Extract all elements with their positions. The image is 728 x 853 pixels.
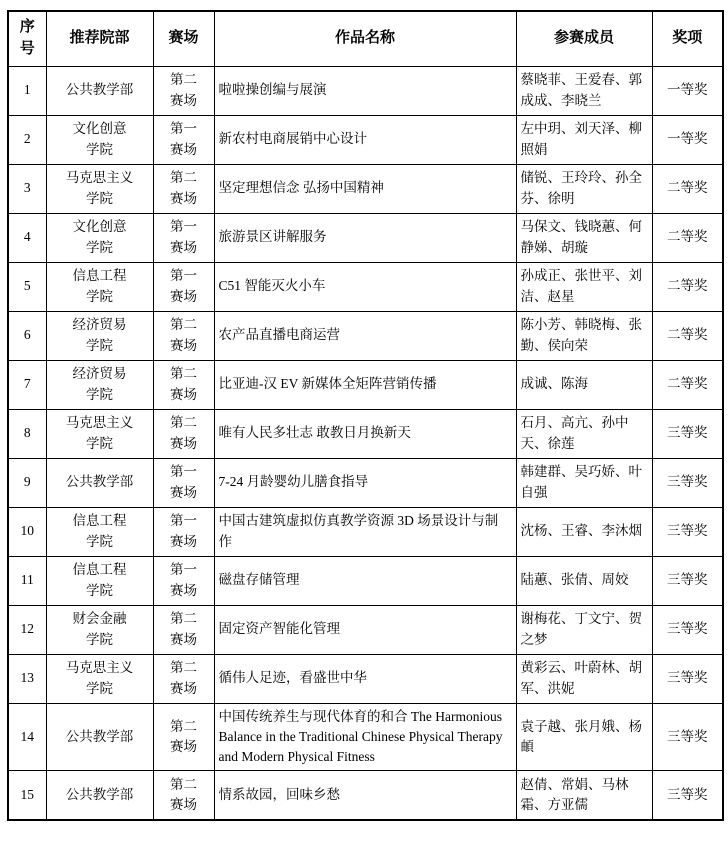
cell-dept: 公共教学部 (46, 66, 153, 115)
cell-no: 3 (8, 164, 46, 213)
table-row: 13 马克思主义 学院 第二 赛场 循伟人足迹，看盛世中华 黄彩云、叶蔚林、胡军… (8, 654, 723, 703)
cell-members: 陆蕙、张倩、周姣 (516, 556, 652, 605)
cell-work: 比亚迪-汉 EV 新媒体全矩阵营销传播 (214, 360, 516, 409)
cell-dept: 公共教学部 (46, 771, 153, 820)
cell-members: 左中玥、刘天泽、柳照娟 (516, 115, 652, 164)
cell-award: 三等奖 (652, 507, 723, 556)
page: 序 号 推荐院部 赛场 作品名称 参赛成员 奖项 1 公共教学部 第二 赛场 啦… (0, 0, 728, 853)
cell-members: 陈小芳、韩晓梅、张勤、侯向荣 (516, 311, 652, 360)
cell-venue: 第二 赛场 (153, 771, 214, 820)
cell-members: 成诚、陈海 (516, 360, 652, 409)
cell-award: 三等奖 (652, 605, 723, 654)
cell-work: 情系故园，回味乡愁 (214, 771, 516, 820)
cell-dept: 信息工程 学院 (46, 556, 153, 605)
cell-venue: 第二 赛场 (153, 409, 214, 458)
cell-no: 4 (8, 213, 46, 262)
header-row: 序 号 推荐院部 赛场 作品名称 参赛成员 奖项 (8, 11, 723, 66)
header-work: 作品名称 (214, 11, 516, 66)
cell-no: 12 (8, 605, 46, 654)
cell-venue: 第一 赛场 (153, 213, 214, 262)
cell-work: 坚定理想信念 弘扬中国精神 (214, 164, 516, 213)
cell-no: 14 (8, 703, 46, 771)
cell-members: 储锐、王玲玲、孙全芬、徐明 (516, 164, 652, 213)
cell-award: 三等奖 (652, 703, 723, 771)
table-row: 8 马克思主义 学院 第二 赛场 唯有人民多壮志 敢教日月换新天 石月、高亢、孙… (8, 409, 723, 458)
cell-members: 孙成正、张世平、刘洁、赵星 (516, 262, 652, 311)
cell-members: 赵倩、常娟、马林霜、方亚儒 (516, 771, 652, 820)
cell-work: 7-24 月龄婴幼儿膳食指导 (214, 458, 516, 507)
cell-venue: 第一 赛场 (153, 458, 214, 507)
cell-work: 固定资产智能化管理 (214, 605, 516, 654)
cell-work: 中国传统养生与现代体育的和合 The Harmonious Balance in… (214, 703, 516, 771)
cell-members: 蔡晓菲、王爱春、郭成成、李晓兰 (516, 66, 652, 115)
cell-no: 1 (8, 66, 46, 115)
cell-award: 二等奖 (652, 164, 723, 213)
cell-dept: 马克思主义 学院 (46, 409, 153, 458)
header-venue: 赛场 (153, 11, 214, 66)
cell-venue: 第二 赛场 (153, 311, 214, 360)
table-row: 4 文化创意 学院 第一 赛场 旅游景区讲解服务 马保文、钱晓蕙、何静娣、胡璇 … (8, 213, 723, 262)
cell-no: 9 (8, 458, 46, 507)
cell-work: 唯有人民多壮志 敢教日月换新天 (214, 409, 516, 458)
cell-no: 13 (8, 654, 46, 703)
cell-venue: 第二 赛场 (153, 164, 214, 213)
table-row: 9 公共教学部 第一 赛场 7-24 月龄婴幼儿膳食指导 韩建群、吴巧娇、叶自强… (8, 458, 723, 507)
cell-venue: 第一 赛场 (153, 262, 214, 311)
cell-award: 二等奖 (652, 262, 723, 311)
cell-work: 啦啦操创编与展演 (214, 66, 516, 115)
table-row: 5 信息工程 学院 第一 赛场 C51 智能灭火小车 孙成正、张世平、刘洁、赵星… (8, 262, 723, 311)
header-members: 参赛成员 (516, 11, 652, 66)
cell-dept: 信息工程 学院 (46, 507, 153, 556)
cell-work: 新农村电商展销中心设计 (214, 115, 516, 164)
cell-members: 谢梅花、丁文宁、贺之梦 (516, 605, 652, 654)
cell-no: 2 (8, 115, 46, 164)
cell-award: 三等奖 (652, 771, 723, 820)
cell-venue: 第二 赛场 (153, 360, 214, 409)
cell-work: 循伟人足迹，看盛世中华 (214, 654, 516, 703)
cell-dept: 经济贸易 学院 (46, 360, 153, 409)
cell-venue: 第一 赛场 (153, 507, 214, 556)
cell-dept: 文化创意 学院 (46, 115, 153, 164)
cell-dept: 文化创意 学院 (46, 213, 153, 262)
table-row: 11 信息工程 学院 第一 赛场 磁盘存储管理 陆蕙、张倩、周姣 三等奖 (8, 556, 723, 605)
cell-dept: 马克思主义 学院 (46, 164, 153, 213)
header-award: 奖项 (652, 11, 723, 66)
cell-no: 10 (8, 507, 46, 556)
cell-venue: 第一 赛场 (153, 115, 214, 164)
table-row: 7 经济贸易 学院 第二 赛场 比亚迪-汉 EV 新媒体全矩阵营销传播 成诚、陈… (8, 360, 723, 409)
cell-dept: 经济贸易 学院 (46, 311, 153, 360)
cell-members: 石月、高亢、孙中天、徐莲 (516, 409, 652, 458)
awards-table: 序 号 推荐院部 赛场 作品名称 参赛成员 奖项 1 公共教学部 第二 赛场 啦… (7, 10, 724, 821)
cell-award: 三等奖 (652, 409, 723, 458)
cell-venue: 第二 赛场 (153, 605, 214, 654)
cell-award: 二等奖 (652, 360, 723, 409)
cell-members: 黄彩云、叶蔚林、胡军、洪妮 (516, 654, 652, 703)
table-row: 1 公共教学部 第二 赛场 啦啦操创编与展演 蔡晓菲、王爱春、郭成成、李晓兰 一… (8, 66, 723, 115)
cell-work: 旅游景区讲解服务 (214, 213, 516, 262)
cell-no: 15 (8, 771, 46, 820)
cell-dept: 信息工程 学院 (46, 262, 153, 311)
cell-award: 三等奖 (652, 556, 723, 605)
cell-award: 一等奖 (652, 66, 723, 115)
cell-no: 8 (8, 409, 46, 458)
header-no: 序 号 (8, 11, 46, 66)
cell-no: 11 (8, 556, 46, 605)
cell-venue: 第二 赛场 (153, 654, 214, 703)
cell-members: 马保文、钱晓蕙、何静娣、胡璇 (516, 213, 652, 262)
table-row: 14 公共教学部 第二 赛场 中国传统养生与现代体育的和合 The Harmon… (8, 703, 723, 771)
cell-work: 磁盘存储管理 (214, 556, 516, 605)
header-dept: 推荐院部 (46, 11, 153, 66)
cell-award: 三等奖 (652, 458, 723, 507)
cell-work: 中国古建筑虚拟仿真教学资源 3D 场景设计与制作 (214, 507, 516, 556)
table-row: 15 公共教学部 第二 赛场 情系故园，回味乡愁 赵倩、常娟、马林霜、方亚儒 三… (8, 771, 723, 820)
table-row: 2 文化创意 学院 第一 赛场 新农村电商展销中心设计 左中玥、刘天泽、柳照娟 … (8, 115, 723, 164)
table-row: 6 经济贸易 学院 第二 赛场 农产品直播电商运营 陈小芳、韩晓梅、张勤、侯向荣… (8, 311, 723, 360)
cell-dept: 公共教学部 (46, 703, 153, 771)
cell-dept: 公共教学部 (46, 458, 153, 507)
cell-no: 5 (8, 262, 46, 311)
cell-work: C51 智能灭火小车 (214, 262, 516, 311)
cell-award: 二等奖 (652, 311, 723, 360)
cell-members: 袁子越、张月娥、杨頔 (516, 703, 652, 771)
cell-dept: 马克思主义 学院 (46, 654, 153, 703)
cell-venue: 第二 赛场 (153, 703, 214, 771)
cell-award: 二等奖 (652, 213, 723, 262)
table-row: 3 马克思主义 学院 第二 赛场 坚定理想信念 弘扬中国精神 储锐、王玲玲、孙全… (8, 164, 723, 213)
table-row: 12 财会金融 学院 第二 赛场 固定资产智能化管理 谢梅花、丁文宁、贺之梦 三… (8, 605, 723, 654)
cell-award: 一等奖 (652, 115, 723, 164)
cell-award: 三等奖 (652, 654, 723, 703)
cell-venue: 第一 赛场 (153, 556, 214, 605)
cell-work: 农产品直播电商运营 (214, 311, 516, 360)
cell-members: 韩建群、吴巧娇、叶自强 (516, 458, 652, 507)
cell-no: 7 (8, 360, 46, 409)
table-row: 10 信息工程 学院 第一 赛场 中国古建筑虚拟仿真教学资源 3D 场景设计与制… (8, 507, 723, 556)
cell-no: 6 (8, 311, 46, 360)
cell-dept: 财会金融 学院 (46, 605, 153, 654)
cell-venue: 第二 赛场 (153, 66, 214, 115)
cell-members: 沈杨、王睿、李沐烟 (516, 507, 652, 556)
